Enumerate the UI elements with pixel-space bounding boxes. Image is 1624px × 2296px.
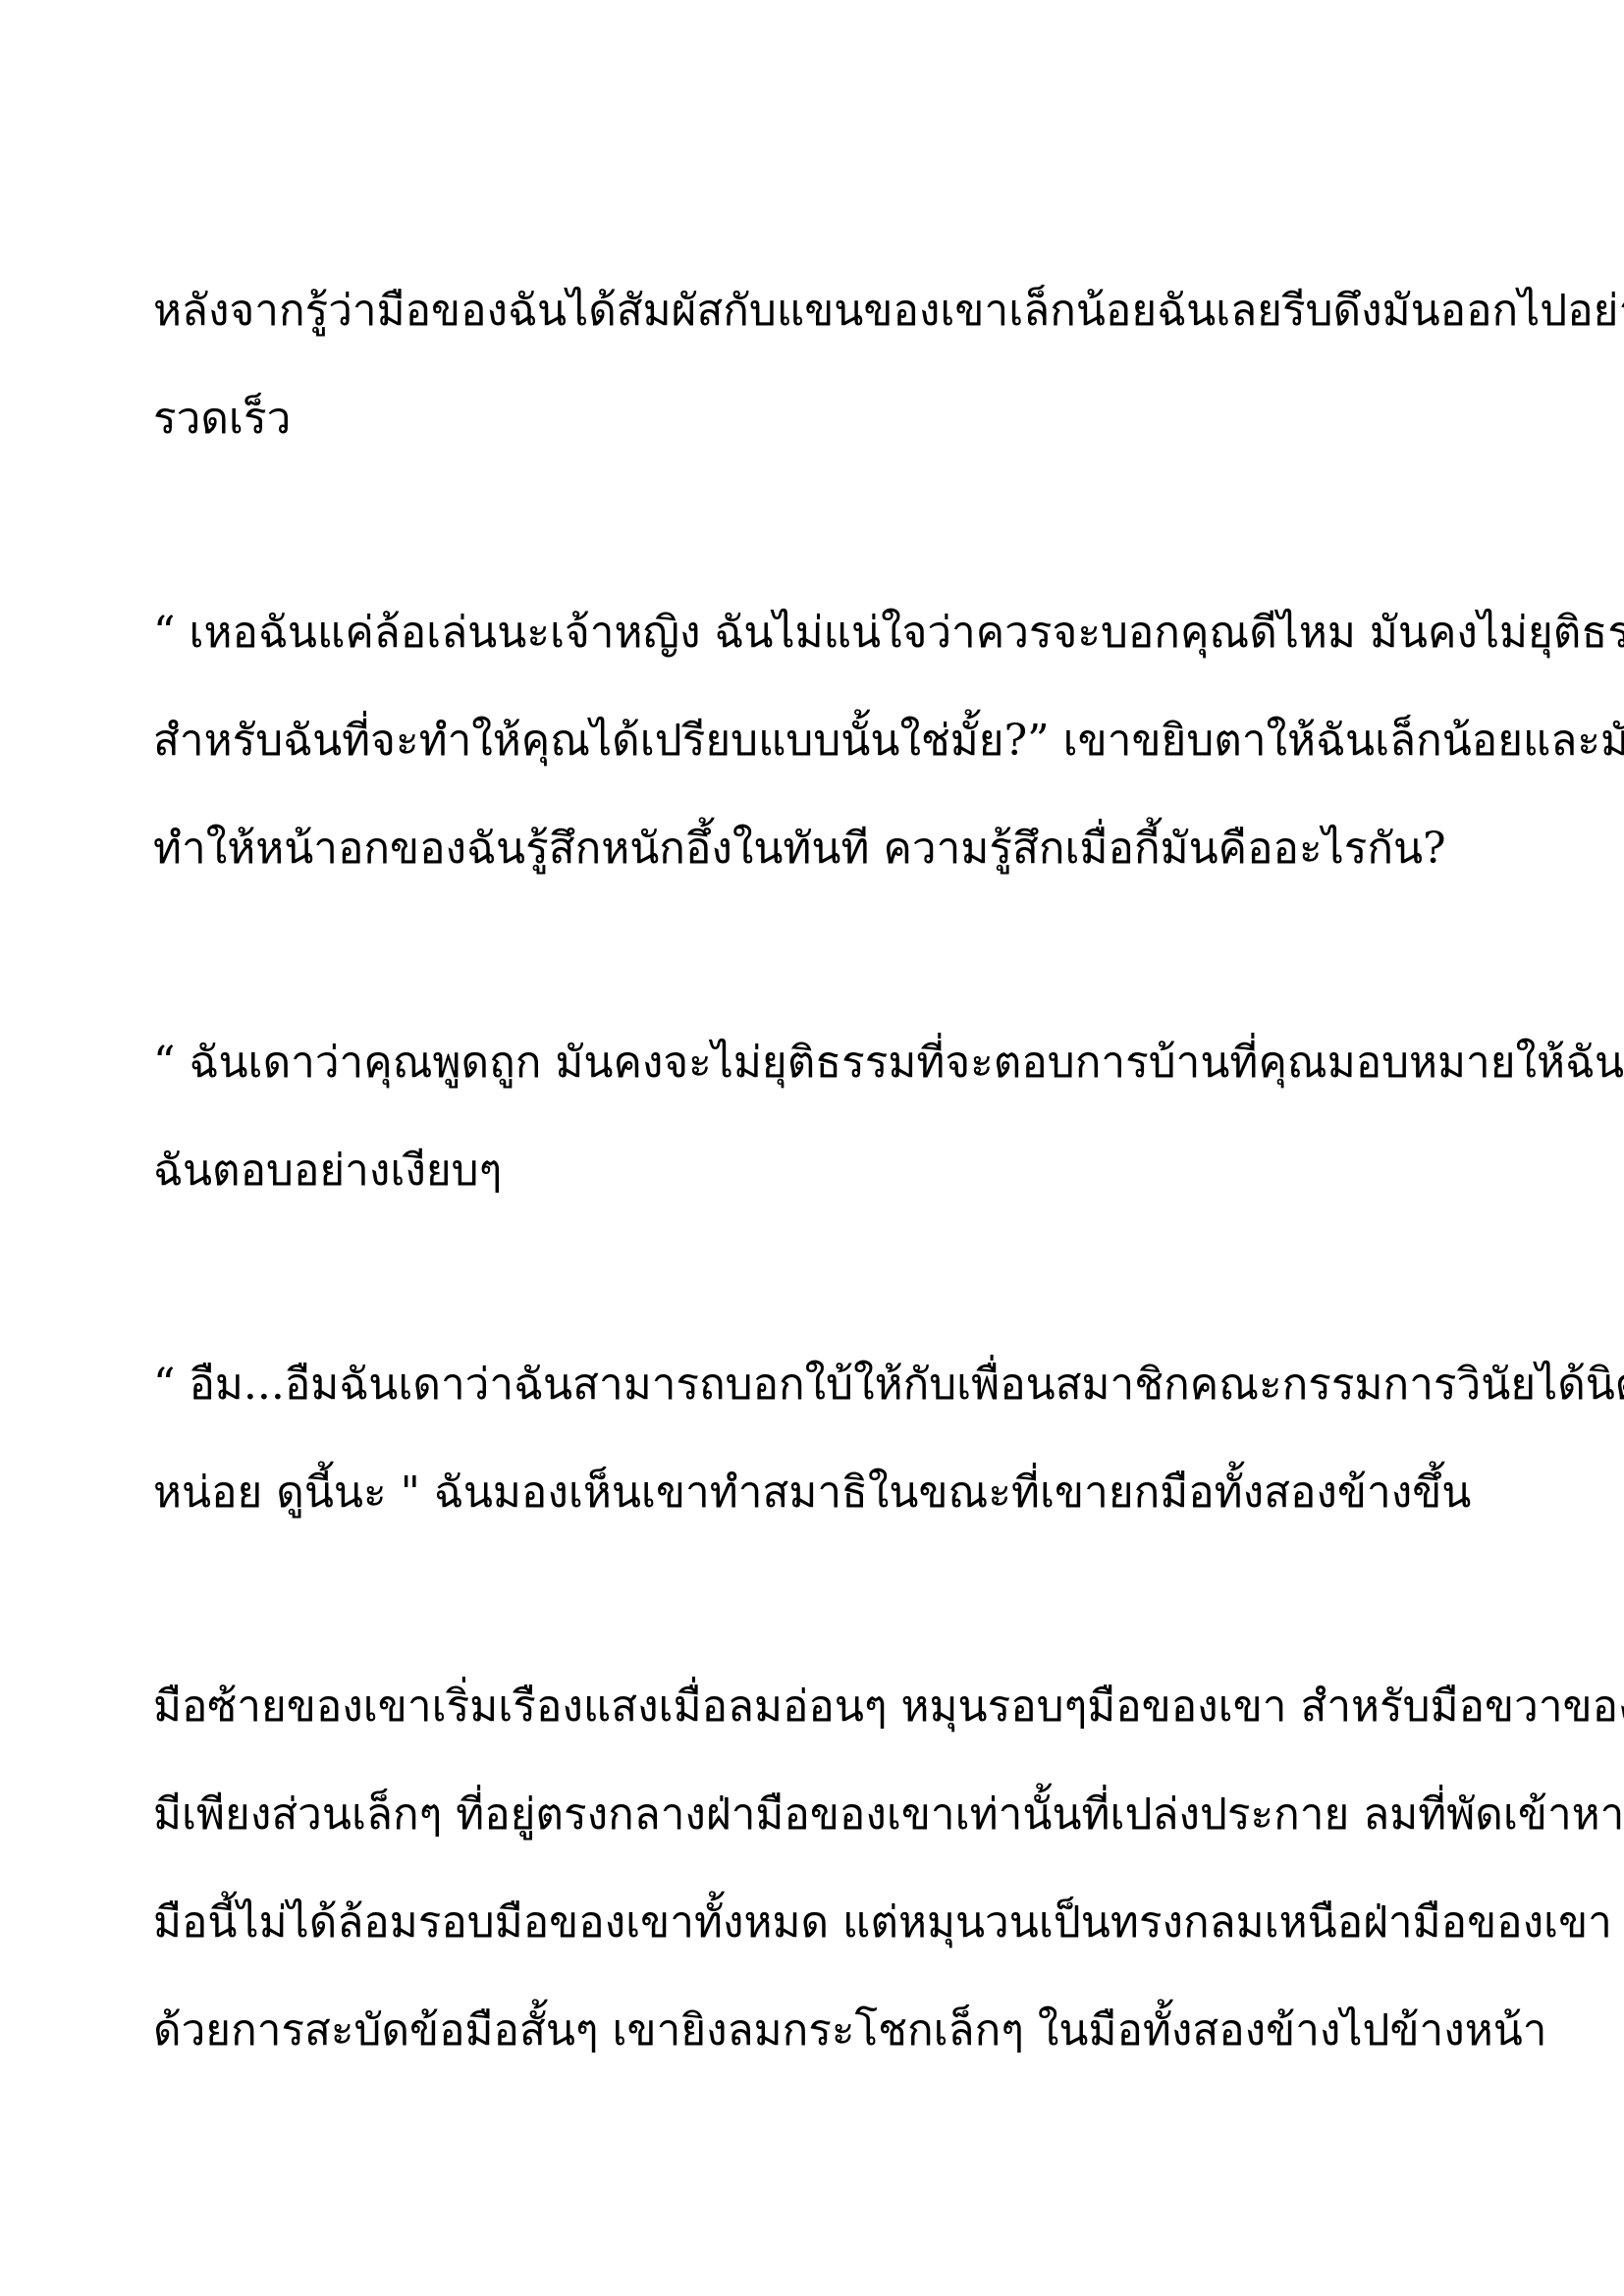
text-line: ทำให้หน้าอกของฉันรู้สึกหนักอึ้งในทันที ค…: [153, 795, 1479, 903]
paragraph-3: “ ฉันเดาว่าคุณพูดถูก มันคงจะไม่ยุติธรรมท…: [153, 1009, 1479, 1225]
text-line: มือซ้ายของเขาเริ่มเรืองแสงเมื่อลมอ่อนๆ ห…: [153, 1653, 1479, 1761]
paragraph-2: “ เหอฉันแค่ล้อเล่นนะเจ้าหญิง ฉันไม่แน่ใจ…: [153, 579, 1479, 903]
paragraph-4: “ อืม...อืมฉันเดาว่าฉันสามารถบอกใบ้ให้กั…: [153, 1331, 1479, 1547]
text-line: “ เหอฉันแค่ล้อเล่นนะเจ้าหญิง ฉันไม่แน่ใจ…: [153, 579, 1479, 687]
text-line: มีเพียงส่วนเล็กๆ ที่อยู่ตรงกลางฝ่ามือของ…: [153, 1761, 1479, 1869]
text-line: หน่อย ดูนี้นะ " ฉันมองเห็นเขาทำสมาธิในขณ…: [153, 1439, 1479, 1547]
text-line: สำหรับฉันที่จะทำให้คุณได้เปรียบแบบนั้นใช…: [153, 687, 1479, 795]
document-page: หลังจากรู้ว่ามือของฉันได้สัมผัสกับแขนของ…: [0, 0, 1624, 2296]
text-line: “ ฉันเดาว่าคุณพูดถูก มันคงจะไม่ยุติธรรมท…: [153, 1009, 1479, 1117]
paragraph-5: มือซ้ายของเขาเริ่มเรืองแสงเมื่อลมอ่อนๆ ห…: [153, 1653, 1479, 2085]
text-line: มือนี้ไม่ได้ล้อมรอบมือของเขาทั้งหมด แต่ห…: [153, 1869, 1479, 1977]
document-body: หลังจากรู้ว่ามือของฉันได้สัมผัสกับแขนของ…: [153, 257, 1479, 2085]
text-line: หลังจากรู้ว่ามือของฉันได้สัมผัสกับแขนของ…: [153, 257, 1479, 365]
text-line: “ อืม...อืมฉันเดาว่าฉันสามารถบอกใบ้ให้กั…: [153, 1331, 1479, 1439]
text-line: ฉันตอบอย่างเงียบๆ: [153, 1117, 1479, 1225]
paragraph-1: หลังจากรู้ว่ามือของฉันได้สัมผัสกับแขนของ…: [153, 257, 1479, 473]
text-line: รวดเร็ว: [153, 365, 1479, 473]
text-line: ด้วยการสะบัดข้อมือสั้นๆ เขายิงลมกระโชกเล…: [153, 1977, 1479, 2085]
